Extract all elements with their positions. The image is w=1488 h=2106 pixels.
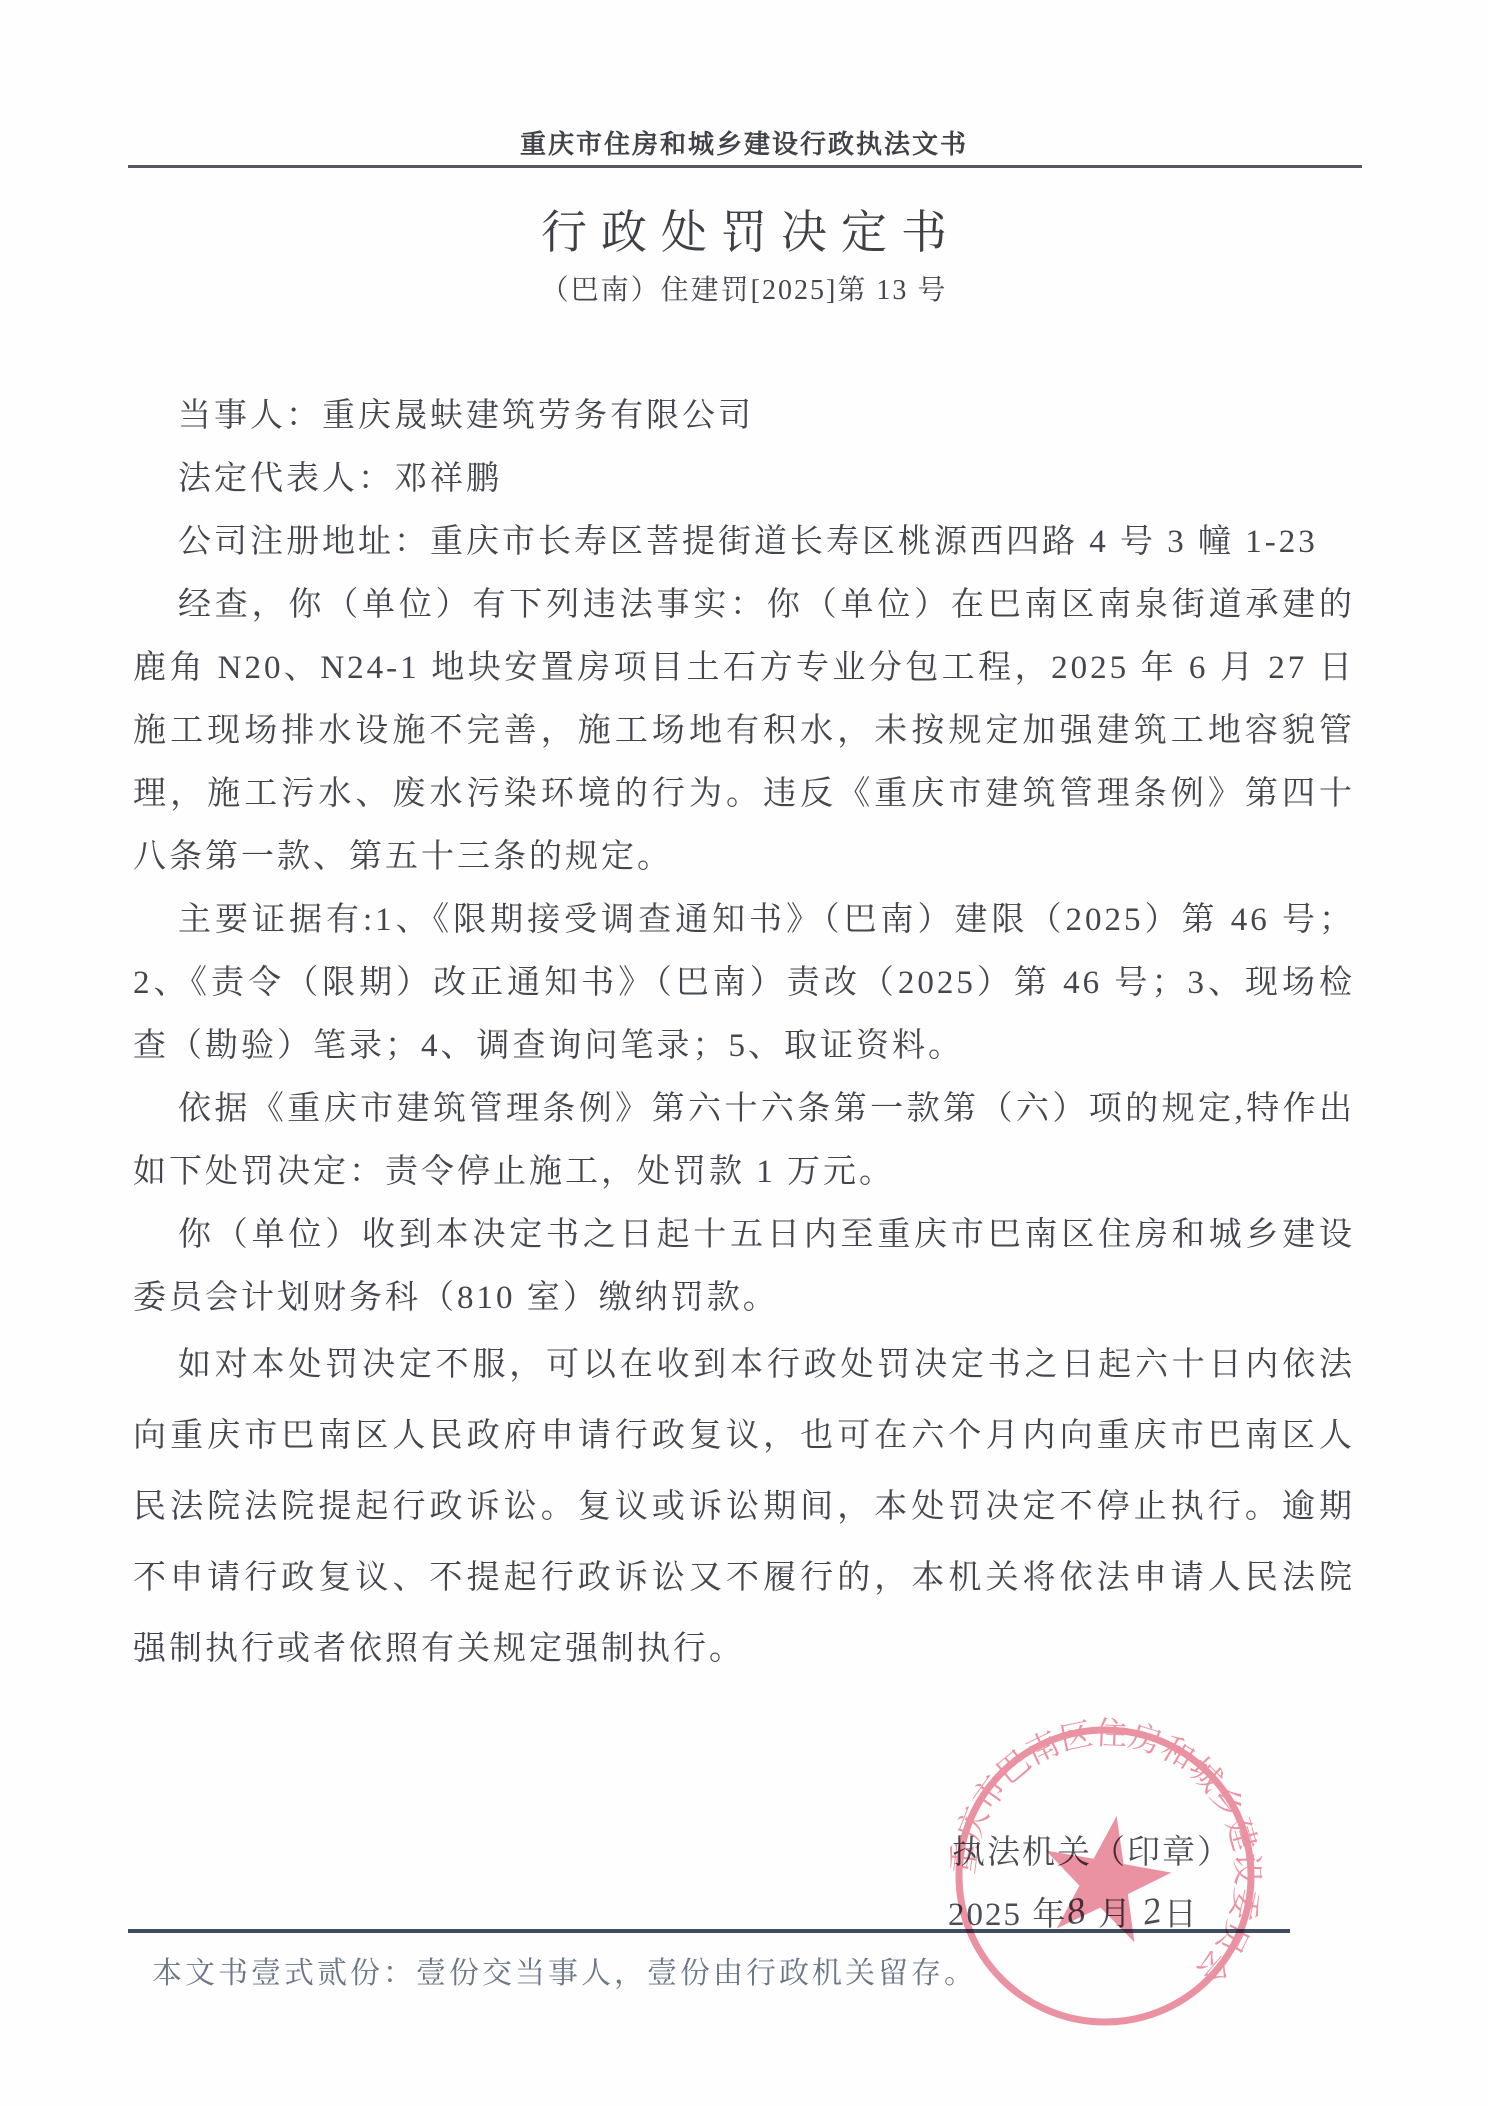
date-month-handwritten: 8	[1063, 1889, 1091, 1935]
appeal-paragraph: 如对本处罚决定不服，可以在收到本行政处罚决定书之日起六十日内依法向重庆市巴南区人…	[133, 1330, 1355, 1685]
decision-date-line: 2025 年8 月 2日	[948, 1888, 1199, 1935]
footer-divider	[128, 1929, 1290, 1933]
payment-paragraph: 你（单位）收到本决定书之日起十五日内至重庆市巴南区住房和城乡建设委员会计划财务科…	[133, 1204, 1355, 1330]
facts-paragraph: 经查，你（单位）有下列违法事实：你（单位）在巴南区南泉街道承建的鹿角 N20、N…	[133, 574, 1355, 889]
date-day-label: 日	[1164, 1897, 1199, 1933]
seal-ring	[959, 1730, 1251, 2022]
date-month-label: 月	[1088, 1897, 1144, 1933]
penalty-decision-document: 重庆市住房和城乡建设行政执法文书 行政处罚决定书 （巴南）住建罚[2025]第 …	[0, 0, 1488, 2106]
document-header: 重庆市住房和城乡建设行政执法文书	[0, 124, 1488, 161]
document-number: （巴南）住建罚[2025]第 13 号	[0, 268, 1488, 308]
distribution-note: 本文书壹式贰份：壹份交当事人，壹份由行政机关留存。	[152, 1948, 977, 1992]
date-day-handwritten: 2	[1139, 1889, 1167, 1935]
decision-paragraph: 依据《重庆市建筑管理条例》第六十六条第一款第（六）项的规定,特作出如下处罚决定：…	[133, 1078, 1355, 1204]
official-seal-stamp: 重庆市巴南区住房和城乡建设委员会	[945, 1716, 1265, 2036]
header-divider	[128, 165, 1362, 168]
evidence-paragraph: 主要证据有:1、《限期接受调查通知书》（巴南）建限（2025）第 46 号；2、…	[133, 889, 1355, 1078]
legal-representative-line: 法定代表人：邓祥鹏	[133, 448, 1355, 511]
enforcement-agency-line: 执法机关（印章）	[952, 1826, 1232, 1873]
date-year-text: 2025 年	[948, 1897, 1067, 1933]
registered-address-line: 公司注册地址：重庆市长寿区菩提街道长寿区桃源西四路 4 号 3 幢 1-23	[133, 511, 1355, 574]
document-body: 当事人：重庆晟蚨建筑劳务有限公司 法定代表人：邓祥鹏 公司注册地址：重庆市长寿区…	[133, 385, 1355, 1685]
party-line: 当事人：重庆晟蚨建筑劳务有限公司	[133, 385, 1355, 448]
document-title: 行政处罚决定书	[0, 196, 1488, 262]
